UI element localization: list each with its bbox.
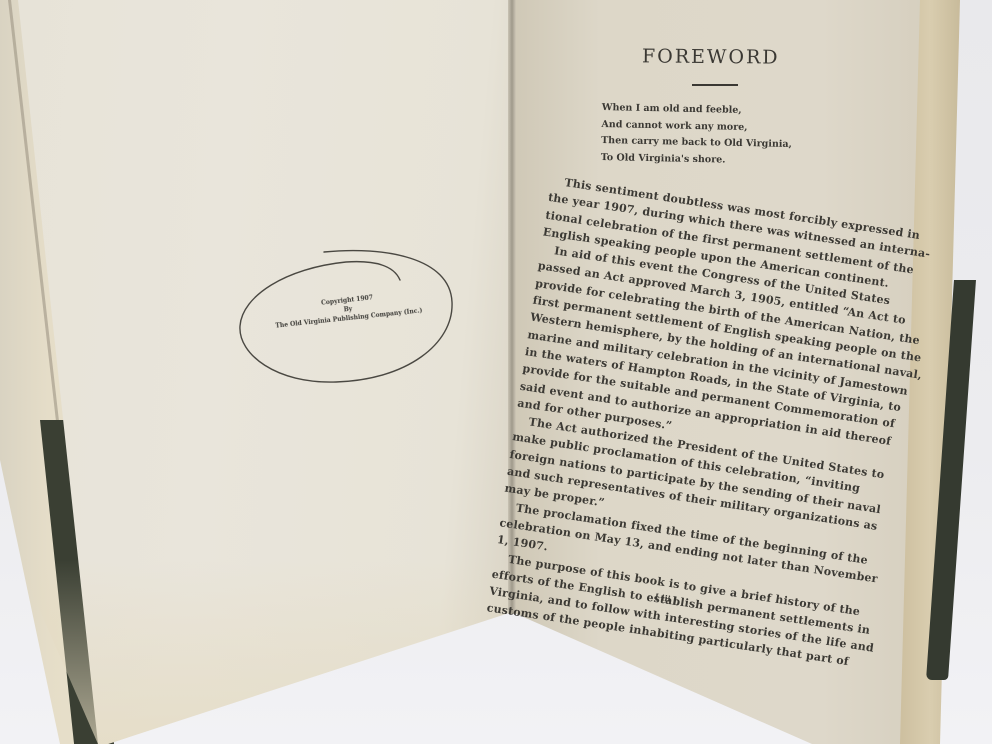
book-photo: Copyright 1907 By The Old Virginia Publi… [0, 0, 992, 744]
title-rule [692, 84, 738, 86]
epigraph-verse: When I am old and feeble, And cannot wor… [601, 100, 793, 170]
left-page-shadow [18, 560, 512, 744]
page-title: FOREWORD [642, 45, 780, 68]
foreword-body: This sentiment doubtless was most forcib… [486, 172, 879, 666]
